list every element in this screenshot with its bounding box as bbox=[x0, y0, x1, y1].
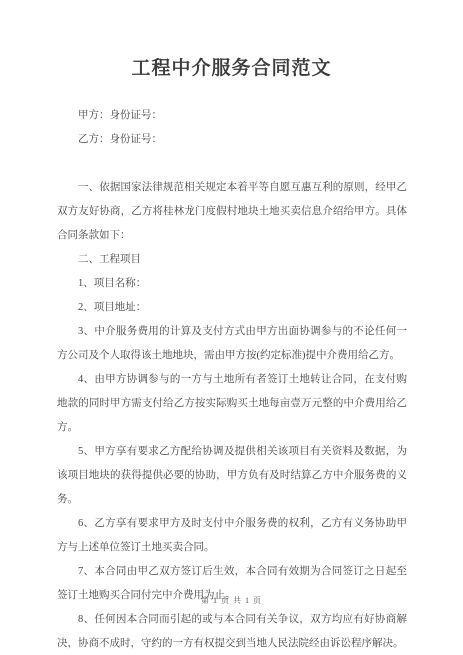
clause-6: 6、乙方享有要求甲方及时支付中介服务费的权利，乙方有义务协助甲方与上述单位签订土… bbox=[57, 512, 407, 560]
clause-5: 5、甲方享有要求乙方配给协调及提供相关该项目有关资料及数据，为该项目地块的获得提… bbox=[57, 440, 407, 512]
page-number-footer: 第 1 页 共 1 页 bbox=[0, 595, 463, 606]
clause-3: 3、中介服务费用的计算及支付方式由甲方出面协调参与的不论任何一方公司及个人取得该… bbox=[57, 320, 407, 368]
document-title: 工程中介服务合同范文 bbox=[0, 0, 463, 80]
clause-1: 一、依据国家法律规范相关规定本着平等自愿互惠互利的原则，经甲乙双方友好协商，乙方… bbox=[57, 176, 407, 248]
clause-8: 8、任何因本合同而引起的或与本合同有关争议，双方均应有好协商解决，协商不成时，守… bbox=[57, 608, 407, 655]
document-body: 甲方：身份证号： 乙方：身份证号： 一、依据国家法律规范相关规定本着平等自愿互惠… bbox=[0, 104, 463, 655]
party-a-line: 甲方：身份证号： bbox=[57, 104, 407, 128]
project-name-line: 1、项目名称： bbox=[57, 272, 407, 296]
project-address-line: 2、项目地址： bbox=[57, 296, 407, 320]
clause-2-heading: 二、工程项目 bbox=[57, 248, 407, 272]
document-page: 工程中介服务合同范文 甲方：身份证号： 乙方：身份证号： 一、依据国家法律规范相… bbox=[0, 0, 463, 655]
clause-4: 4、由甲方协调参与的一方与土地所有者签订土地转让合同，在支付购地款的同时甲方需支… bbox=[57, 368, 407, 440]
party-b-line: 乙方：身份证号： bbox=[57, 128, 407, 152]
